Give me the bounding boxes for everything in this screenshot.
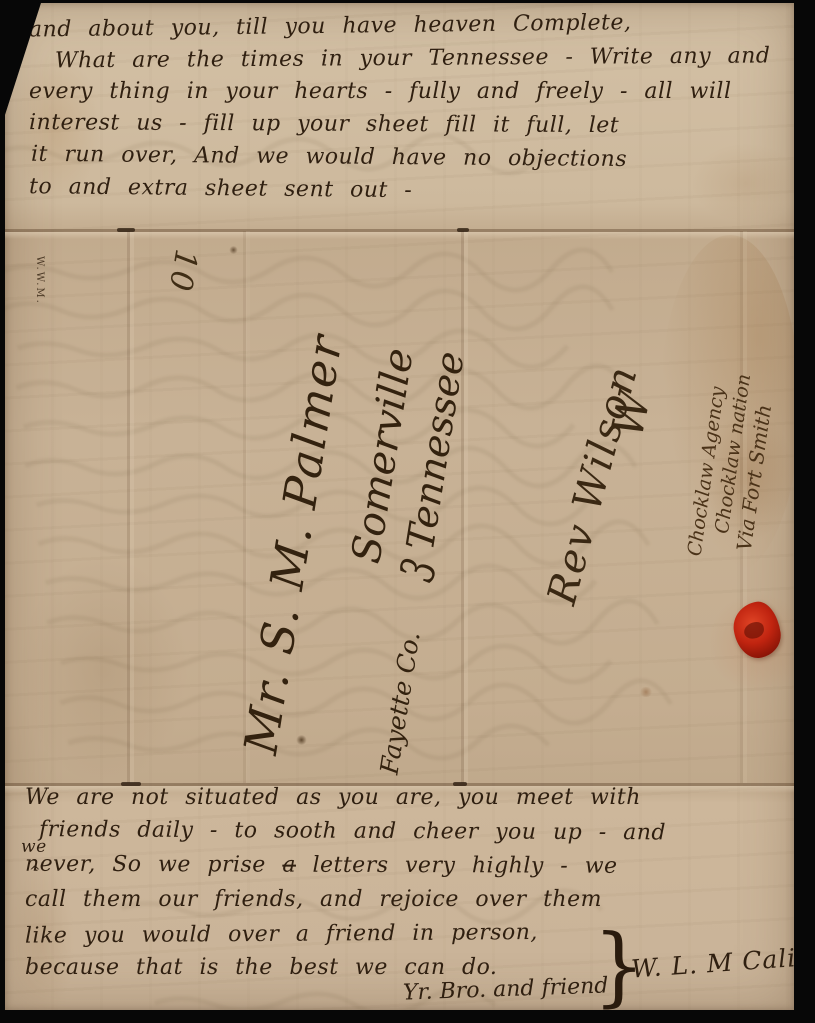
recipient-county: Fayette Co. [374,630,425,777]
ink-spot-2 [229,246,238,254]
foxing-spot [639,687,653,697]
letter-line-part: letters very highly - we [296,853,618,879]
letter-line: friends daily - to sooth and cheer you u… [25,817,768,855]
letter-paper-sheet: and about you, till you have heaven Comp… [5,3,794,1010]
marginal-initials: W.W.M. [34,256,45,305]
letter-line: We are not situated as you are, you meet… [25,785,768,819]
stain-mid-left [19,555,189,785]
letter-line: What are the times in your Tennessee - W… [29,43,768,81]
flourish-paraph: 3 [377,551,460,589]
fold-crease-vertical-1 [127,231,130,783]
letter-text-top-section: and about you, till you have heaven Comp… [29,13,768,211]
letter-line: like you would over a friend in person, [25,918,768,957]
letter-line: call them our friends, and rejoice over … [25,887,768,921]
crease-dark-dash-1 [117,228,135,232]
inserted-word: we [21,837,47,857]
postal-rate-mark: 10 [161,246,204,295]
caret-mark: ^ [29,864,41,880]
letter-line: we ^ never, So we prise a letters very h… [25,852,768,889]
recipient-address-block: Mr. S. M. Palmer Somerville Fayette Co.3… [232,196,488,776]
letter-line-part: never, So we prise [25,852,282,878]
letter-line: every thing in your hearts - fully and f… [29,79,768,112]
letter-line: interest us - fill up your sheet fill it… [29,110,768,147]
scanned-letter-page: and about you, till you have heaven Comp… [0,0,815,1023]
docket-name: Rev Wilson [539,269,685,613]
struck-word: a [282,853,296,878]
docket-routing-block: Chocklaw Agency Chocklaw nation Via Fort… [683,257,814,567]
